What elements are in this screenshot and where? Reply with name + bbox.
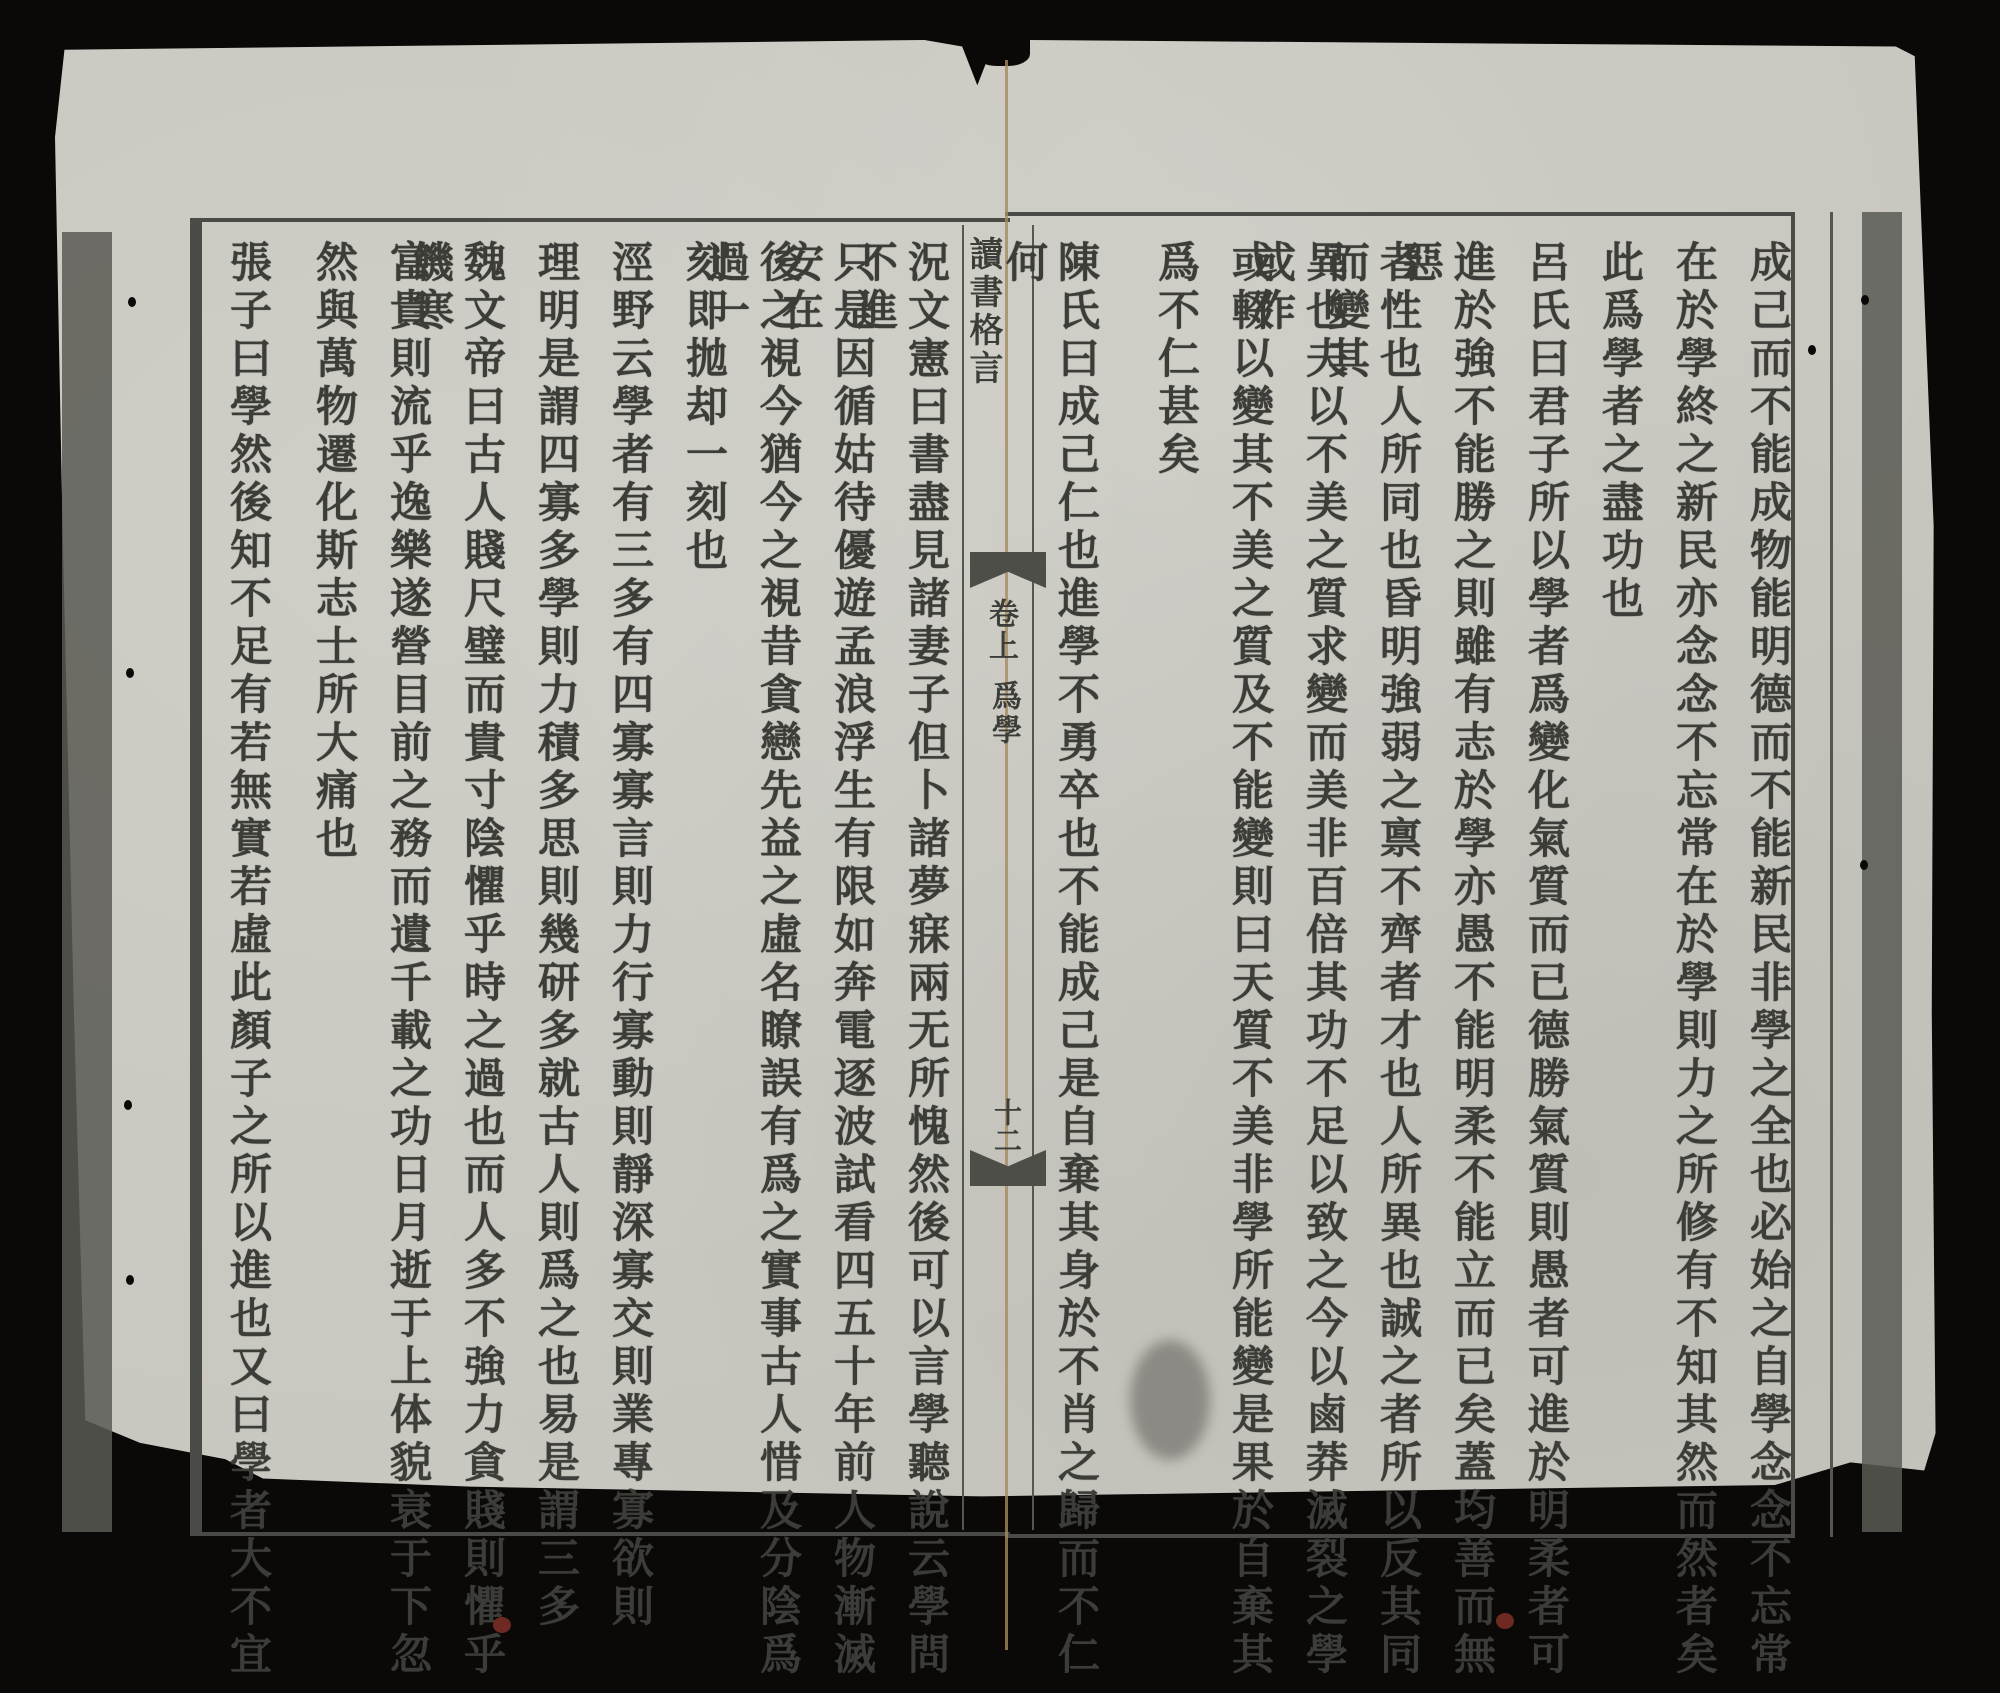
binding-hole bbox=[1861, 295, 1869, 305]
fold-notch bbox=[975, 36, 1030, 66]
text-column: 呂氏曰君子所以學者爲變化氣質而已德勝氣質則愚者可進於明柔者可 bbox=[1520, 240, 1572, 1680]
binding-hole bbox=[124, 1100, 132, 1110]
page-number: 十二 bbox=[986, 1098, 1026, 1154]
ink-smudge bbox=[1130, 1340, 1210, 1460]
text-column: 理明是謂四寡多學則力積多思則幾研多就古人則爲之也易是謂三多 bbox=[530, 240, 582, 1632]
text-column: 爲不仁甚矣 bbox=[1150, 240, 1202, 480]
red-stain bbox=[1496, 1613, 1514, 1629]
binding-hole bbox=[126, 1275, 134, 1285]
text-column: 富貴則流乎逸樂遂營目前之務而遺千載之功日月逝于上体貌衰于下忽 bbox=[382, 240, 434, 1680]
text-column: 魏文帝曰古人賤尺璧而貴寸陰懼乎時之過也而人多不強力貪賤則懼乎饑寒 bbox=[456, 240, 508, 1693]
red-stain bbox=[493, 1617, 511, 1633]
banxin-right-rule bbox=[1032, 225, 1034, 1530]
left-edge-bar bbox=[62, 232, 112, 1532]
text-column: 後之視今猶今之視昔貪戀先益之虛名瞭誤有爲之實事古人惜及分陰爲過一 bbox=[752, 240, 804, 1693]
text-column: 成己而不能成物能明德而不能新民非學之全也必始之自學念念不忘常 bbox=[1742, 240, 1794, 1680]
text-column: 者性也人所同也昏明強弱之禀不齊者才也人所異也誠之者所以反其同而變其 bbox=[1372, 240, 1424, 1693]
text-column: 涇野云學者有三多有四寡寡言則力行寡動則靜深寡交則業專寡欲則 bbox=[604, 240, 656, 1632]
text-column: 在於學終之新民亦念念不忘常在於學則力之所修有不知其然而然者矣 bbox=[1668, 240, 1720, 1680]
binding-hole bbox=[1808, 345, 1816, 355]
right-edge-bar bbox=[1862, 212, 1902, 1532]
text-column: 張子曰學然後知不足有若無實若虛此顏子之所以進也又曰學者大不宜 bbox=[222, 240, 274, 1680]
banxin-left-rule bbox=[962, 225, 964, 1530]
binding-hole bbox=[126, 668, 134, 678]
text-column: 此爲學者之盡功也 bbox=[1594, 240, 1646, 624]
binding-hole bbox=[1860, 860, 1868, 870]
text-column: 只是因循姑待優遊孟浪浮生有限如奔電逐波試看四五十年前人物漸滅安在 bbox=[826, 240, 878, 1693]
section-label: 爲學 bbox=[985, 680, 1025, 748]
binding-hole bbox=[128, 297, 136, 307]
text-column: 進於強不能勝之則雖有志於學亦愚不能明柔不能立而已矣蓋均善而無惡 bbox=[1446, 240, 1498, 1693]
text-column: 或輟以變其不美之質及不能變則曰天質不美非學所能變是果於自棄其 bbox=[1224, 240, 1276, 1680]
text-column: 然與萬物遷化斯志士所大痛也 bbox=[308, 240, 360, 864]
text-column: 異也夫以不美之質求變而美非百倍其功不足以致之今以鹵莽滅裂之學或作 bbox=[1298, 240, 1350, 1693]
right-frame-inner-rule bbox=[1830, 212, 1833, 1537]
text-column: 刻即拋却一刻也 bbox=[678, 240, 730, 576]
volume-label: 卷上 bbox=[982, 598, 1022, 662]
text-column: 況文憲曰書盡見諸妻子但卜諸夢寐兩无所愧然後可以言學聽說云學問不進 bbox=[900, 240, 952, 1693]
text-column: 陳氏曰成己仁也進學不勇卒也不能成己是自棄其身於不肖之歸而不仁何 bbox=[1050, 240, 1102, 1693]
